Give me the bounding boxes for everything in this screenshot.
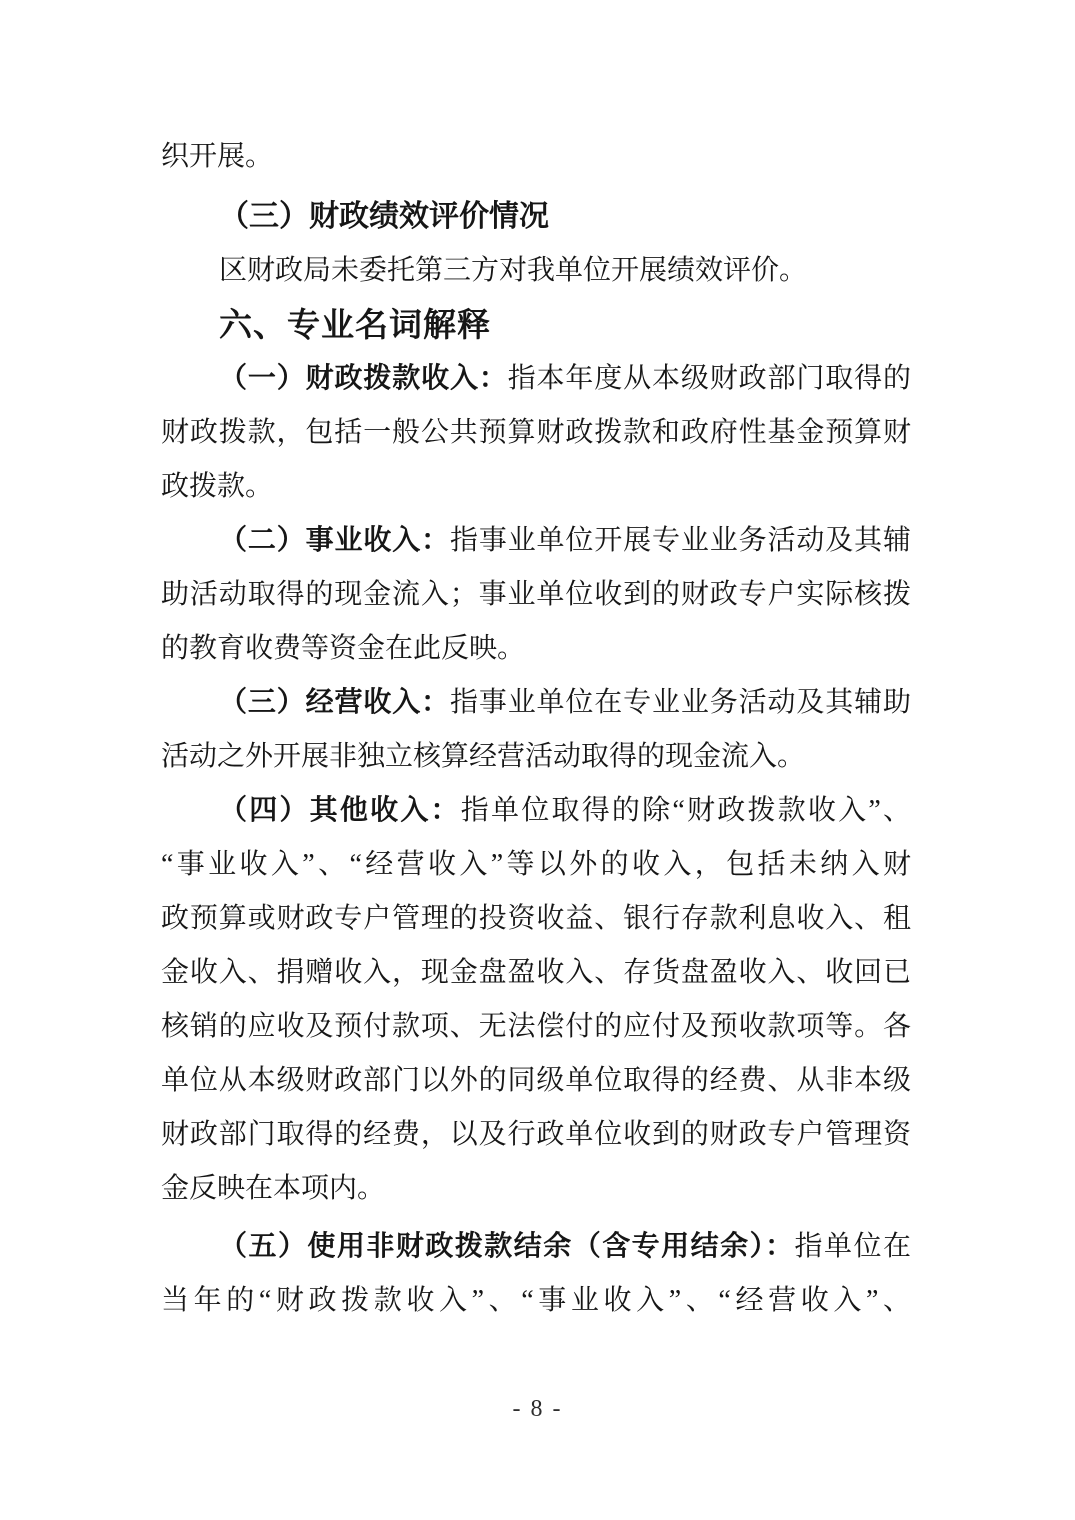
heading-label: （三）财政绩效评价情况 [219, 200, 549, 233]
text-line: 政预算或财政专户管理的投资收益、银行存款利息收入、租 [161, 892, 911, 946]
text-line: （二）事业收入：指事业单位开展专业业务活动及其辅 [161, 514, 911, 568]
line-text: 政拨款。 [161, 471, 273, 502]
text-line: “事业收入”、“经营收入”等以外的收入，包括未纳入财 [161, 838, 911, 892]
line-text: 指单位在 [795, 1231, 911, 1262]
line-text: 助活动取得的现金流入；事业单位收到的财政专户实际核拨 [161, 579, 911, 610]
heading-label: 六、专业名词解释 [219, 306, 491, 343]
text-line: 区财政局未委托第三方对我单位开展绩效评价。 [161, 244, 911, 298]
line-text: 指事业单位开展专业业务活动及其辅 [450, 525, 911, 556]
text-line: （一）财政拨款收入：指本年度从本级财政部门取得的 [161, 352, 911, 406]
line-text: 指本年度从本级财政部门取得的 [508, 363, 911, 394]
line-text: 织开展。 [161, 141, 273, 172]
text-line: 财政部门取得的经费，以及行政单位收到的财政专户管理资 [161, 1108, 911, 1162]
text-line: 金反映在本项内。 [161, 1162, 911, 1216]
text-line: （三）经营收入：指事业单位在专业业务活动及其辅助 [161, 676, 911, 730]
line-text: 金收入、捐赠收入，现金盘盈收入、存货盘盈收入、收回已 [161, 957, 911, 988]
text-line: 核销的应收及预付款项、无法偿付的应付及预收款项等。各 [161, 1000, 911, 1054]
text-line: 当年的“财政拨款收入”、“事业收入”、“经营收入”、 [161, 1274, 911, 1328]
line-text: 财政拨款，包括一般公共预算财政拨款和政府性基金预算财 [161, 417, 911, 448]
text-line: 织开展。 [161, 130, 911, 184]
text-line: 活动之外开展非独立核算经营活动取得的现金流入。 [161, 730, 911, 784]
line-text: 财政部门取得的经费，以及行政单位收到的财政专户管理资 [161, 1119, 911, 1150]
term-label: （四）其他收入： [219, 795, 461, 826]
line-text: 指事业单位在专业业务活动及其辅助 [450, 687, 911, 718]
page-number: - 8 - [0, 1396, 1075, 1423]
term-label: （五）使用非财政拨款结余（含专用结余）： [219, 1231, 795, 1262]
heading-fiscal-performance-evaluation: （三）财政绩效评价情况 [161, 190, 911, 244]
line-text: 单位从本级财政部门以外的同级单位取得的经费、从非本级 [161, 1065, 911, 1096]
heading-glossary: 六、专业名词解释 [161, 298, 911, 352]
line-text: 政预算或财政专户管理的投资收益、银行存款利息收入、租 [161, 903, 911, 934]
text-line: 的教育收费等资金在此反映。 [161, 622, 911, 676]
text-line: （五）使用非财政拨款结余（含专用结余）：指单位在 [161, 1220, 911, 1274]
term-label: （一）财政拨款收入： [219, 363, 508, 394]
line-text: 指单位取得的除“财政拨款收入”、 [461, 795, 911, 826]
line-text: 的教育收费等资金在此反映。 [161, 633, 525, 664]
text-line: 单位从本级财政部门以外的同级单位取得的经费、从非本级 [161, 1054, 911, 1108]
line-text: 区财政局未委托第三方对我单位开展绩效评价。 [219, 255, 807, 286]
term-label: （二）事业收入： [219, 525, 450, 556]
document-body: 织开展。 （三）财政绩效评价情况 区财政局未委托第三方对我单位开展绩效评价。 六… [161, 130, 911, 1328]
line-text: 金反映在本项内。 [161, 1173, 385, 1204]
line-text: 核销的应收及预付款项、无法偿付的应付及预收款项等。各 [161, 1011, 911, 1042]
text-line: 金收入、捐赠收入，现金盘盈收入、存货盘盈收入、收回已 [161, 946, 911, 1000]
document-page: 织开展。 （三）财政绩效评价情况 区财政局未委托第三方对我单位开展绩效评价。 六… [0, 0, 1075, 1520]
line-text: 当年的“财政拨款收入”、“事业收入”、“经营收入”、 [161, 1285, 911, 1316]
term-label: （三）经营收入： [219, 687, 450, 718]
text-line: 财政拨款，包括一般公共预算财政拨款和政府性基金预算财 [161, 406, 911, 460]
text-line: 政拨款。 [161, 460, 911, 514]
text-line: （四）其他收入：指单位取得的除“财政拨款收入”、 [161, 784, 911, 838]
line-text: “事业收入”、“经营收入”等以外的收入，包括未纳入财 [161, 849, 911, 880]
line-text: 活动之外开展非独立核算经营活动取得的现金流入。 [161, 741, 805, 772]
text-line: 助活动取得的现金流入；事业单位收到的财政专户实际核拨 [161, 568, 911, 622]
